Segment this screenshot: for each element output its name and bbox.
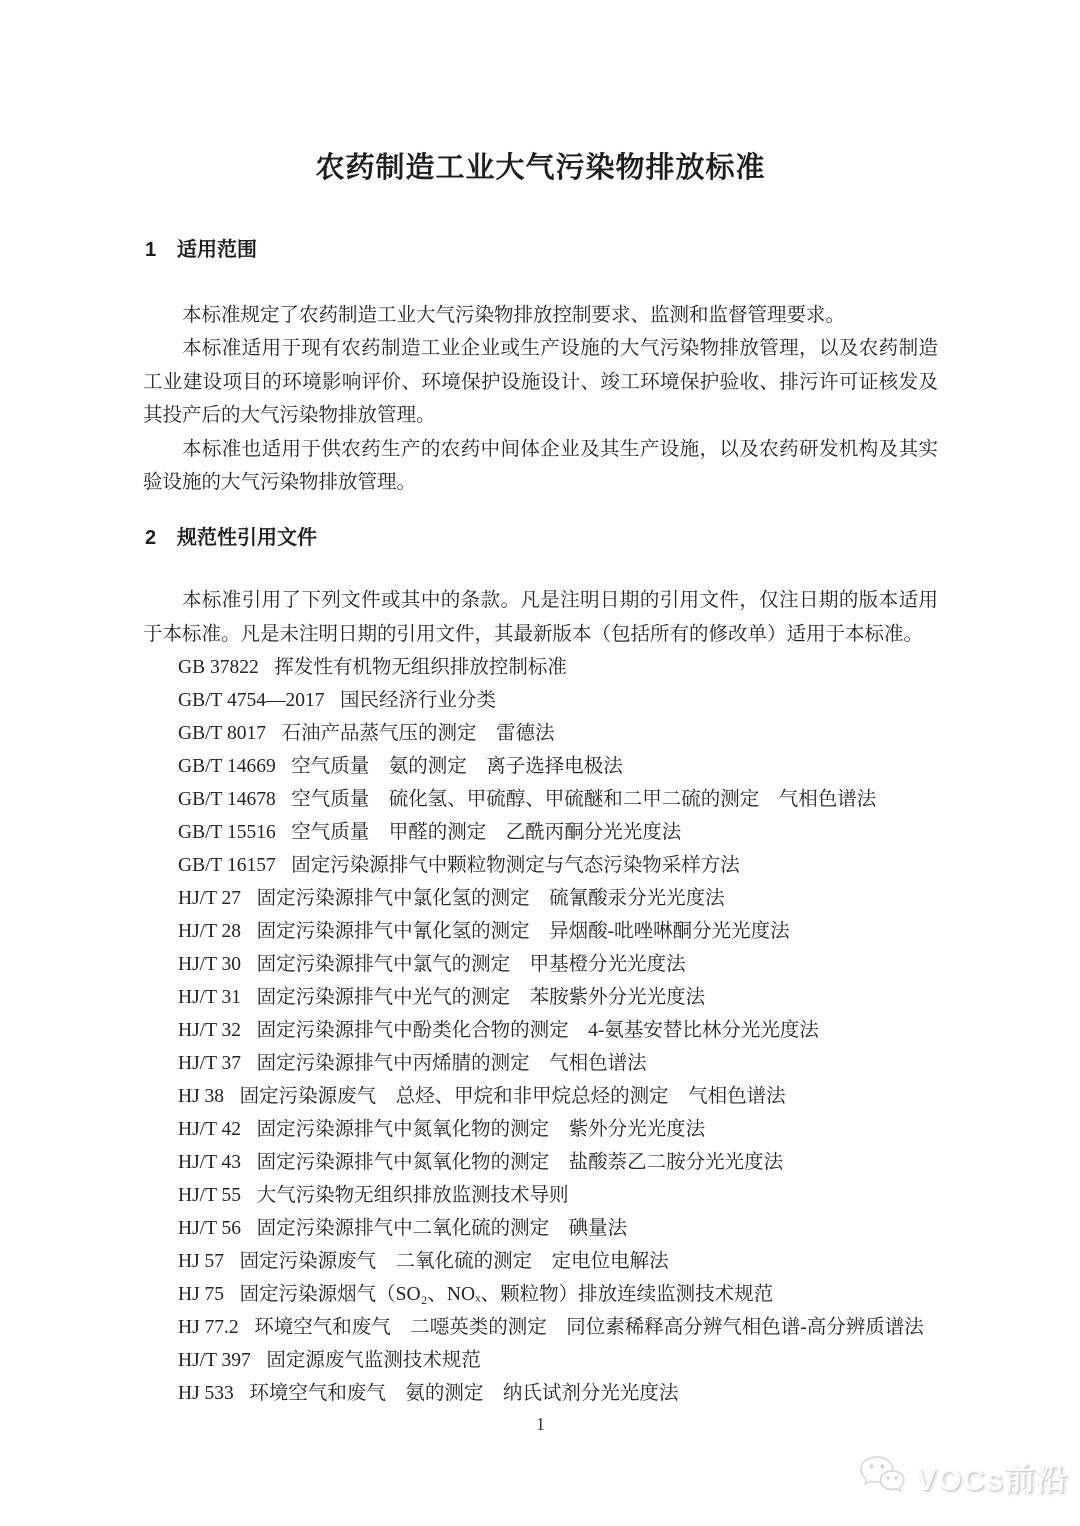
reference-title: 固定污染源排气中二氧化硫的测定 碘量法 [257, 1218, 628, 1239]
reference-title: 环境空气和废气 二噁英类的测定 同位素稀释高分辨气相色谱-高分辨质谱法 [254, 1317, 924, 1338]
reference-item: HJ/T 37固定污染源排气中丙烯腈的测定 气相色谱法 [178, 1047, 938, 1080]
section-1-title: 适用范围 [177, 239, 257, 261]
reference-code: GB/T 14669 [178, 750, 276, 783]
reference-item: HJ/T 27固定污染源排气中氯化氢的测定 硫氰酸汞分光光度法 [178, 882, 938, 915]
reference-item: HJ/T 43固定污染源排气中氮氧化物的测定 盐酸萘乙二胺分光光度法 [178, 1146, 938, 1179]
section-2-heading: 2规范性引用文件 [143, 525, 938, 551]
reference-code: GB/T 15516 [178, 816, 276, 849]
reference-title: 固定污染源排气中氰化氢的测定 异烟酸-吡唑啉酮分光光度法 [257, 921, 790, 942]
reference-code: GB/T 4754—2017 [178, 684, 324, 717]
reference-code: HJ/T 42 [178, 1113, 241, 1146]
reference-item: HJ/T 31固定污染源排气中光气的测定 苯胺紫外分光光度法 [178, 981, 938, 1014]
reference-code: HJ/T 56 [178, 1212, 241, 1245]
wechat-icon [856, 1453, 908, 1499]
reference-code: HJ/T 32 [178, 1014, 241, 1047]
reference-title: 空气质量 甲醛的测定 乙酰丙酮分光光度法 [291, 822, 681, 843]
reference-title: 国民经济行业分类 [340, 690, 496, 711]
section-2-title: 规范性引用文件 [177, 527, 317, 549]
reference-item: HJ/T 28固定污染源排气中氰化氢的测定 异烟酸-吡唑啉酮分光光度法 [178, 915, 938, 948]
reference-item: HJ/T 56固定污染源排气中二氧化硫的测定 碘量法 [178, 1212, 938, 1245]
reference-item: HJ 77.2环境空气和废气 二噁英类的测定 同位素稀释高分辨气相色谱-高分辨质… [178, 1311, 938, 1344]
reference-title: 大气污染物无组织排放监测技术导则 [257, 1185, 569, 1206]
reference-item: GB 37822挥发性有机物无组织排放控制标准 [178, 651, 938, 684]
reference-title: 挥发性有机物无组织排放控制标准 [274, 657, 567, 678]
document-title: 农药制造工业大气污染物排放标准 [143, 0, 938, 186]
references-intro: 本标准引用了下列文件或其中的条款。凡是注明日期的引用文件，仅注日期的版本适用于本… [143, 584, 938, 651]
reference-code: HJ 75 [178, 1278, 224, 1311]
reference-code: HJ 38 [178, 1080, 224, 1113]
page-number: 1 [143, 1412, 938, 1436]
reference-title: 固定污染源排气中丙烯腈的测定 气相色谱法 [257, 1053, 647, 1074]
reference-code: GB/T 8017 [178, 717, 266, 750]
reference-code: HJ/T 27 [178, 882, 241, 915]
reference-title: 固定污染源排气中氯化氢的测定 硫氰酸汞分光光度法 [257, 888, 725, 909]
reference-code: HJ 57 [178, 1245, 224, 1278]
reference-title: 固定污染源排气中氯气的测定 甲基橙分光光度法 [257, 954, 686, 975]
reference-title: 固定污染源废气 二氧化硫的测定 定电位电解法 [240, 1251, 669, 1272]
reference-title: 环境空气和废气 氨的测定 纳氏试剂分光光度法 [249, 1383, 678, 1404]
reference-item: HJ 57固定污染源废气 二氧化硫的测定 定电位电解法 [178, 1245, 938, 1278]
reference-code: HJ 533 [178, 1377, 234, 1410]
section-1-number: 1 [145, 237, 159, 263]
reference-item: HJ/T 397固定源废气监测技术规范 [178, 1344, 938, 1377]
document-page: 农药制造工业大气污染物排放标准 1适用范围 本标准规定了农药制造工业大气污染物排… [0, 0, 1080, 1526]
reference-item: HJ/T 42固定污染源排气中氮氧化物的测定 紫外分光光度法 [178, 1113, 938, 1146]
reference-list: GB 37822挥发性有机物无组织排放控制标准 GB/T 4754—2017国民… [143, 651, 938, 1410]
scope-paragraph: 本标准适用于现有农药制造工业企业或生产设施的大气污染物排放管理，以及农药制造工业… [143, 332, 938, 432]
reference-item: GB/T 14669空气质量 氨的测定 离子选择电极法 [178, 750, 938, 783]
reference-title: 固定污染源废气 总烃、甲烷和非甲烷总烃的测定 气相色谱法 [240, 1086, 786, 1107]
reference-title: 固定污染源排气中氮氧化物的测定 盐酸萘乙二胺分光光度法 [257, 1152, 784, 1173]
reference-item: HJ/T 30固定污染源排气中氯气的测定 甲基橙分光光度法 [178, 948, 938, 981]
reference-item: GB/T 8017石油产品蒸气压的测定 雷德法 [178, 717, 938, 750]
reference-title: 空气质量 硫化氢、甲硫醇、甲硫醚和二甲二硫的测定 气相色谱法 [291, 789, 876, 810]
watermark-label: VOCs前沿 [916, 1454, 1068, 1499]
reference-code: GB/T 16157 [178, 849, 276, 882]
reference-title: 固定源废气监测技术规范 [266, 1350, 481, 1371]
reference-code: HJ/T 30 [178, 948, 241, 981]
reference-code: HJ/T 397 [178, 1344, 251, 1377]
section-normative-references: 2规范性引用文件 本标准引用了下列文件或其中的条款。凡是注明日期的引用文件，仅注… [143, 525, 938, 1410]
reference-code: HJ/T 55 [178, 1179, 241, 1212]
scope-paragraph: 本标准也适用于供农药生产的农药中间体企业及其生产设施，以及农药研发机构及其实验设… [143, 433, 938, 500]
section-1-heading: 1适用范围 [143, 237, 938, 263]
reference-item: HJ/T 55大气污染物无组织排放监测技术导则 [178, 1179, 938, 1212]
reference-item: GB/T 14678空气质量 硫化氢、甲硫醇、甲硫醚和二甲二硫的测定 气相色谱法 [178, 783, 938, 816]
reference-code: GB/T 14678 [178, 783, 276, 816]
reference-code: GB 37822 [178, 651, 259, 684]
reference-item: HJ/T 32固定污染源排气中酚类化合物的测定 4-氨基安替比林分光光度法 [178, 1014, 938, 1047]
reference-item: GB/T 15516空气质量 甲醛的测定 乙酰丙酮分光光度法 [178, 816, 938, 849]
reference-code: HJ/T 43 [178, 1146, 241, 1179]
reference-title: 固定污染源排气中酚类化合物的测定 4-氨基安替比林分光光度法 [257, 1020, 819, 1041]
reference-title: 空气质量 氨的测定 离子选择电极法 [291, 756, 623, 777]
scope-paragraph: 本标准规定了农药制造工业大气污染物排放控制要求、监测和监督管理要求。 [143, 299, 938, 332]
reference-code: HJ/T 37 [178, 1047, 241, 1080]
reference-code: HJ/T 28 [178, 915, 241, 948]
page-content: 农药制造工业大气污染物排放标准 1适用范围 本标准规定了农药制造工业大气污染物排… [0, 0, 1080, 1436]
reference-title: 固定污染源排气中颗粒物测定与气态污染物采样方法 [291, 855, 740, 876]
reference-title: 固定污染源排气中光气的测定 苯胺紫外分光光度法 [257, 987, 706, 1008]
reference-code: HJ 77.2 [178, 1311, 239, 1344]
reference-item: HJ 533环境空气和废气 氨的测定 纳氏试剂分光光度法 [178, 1377, 938, 1410]
reference-code: HJ/T 31 [178, 981, 241, 1014]
brand-watermark: VOCs前沿 [856, 1448, 1068, 1504]
section-scope: 1适用范围 本标准规定了农药制造工业大气污染物排放控制要求、监测和监督管理要求。… [143, 237, 938, 499]
reference-item: GB/T 4754—2017国民经济行业分类 [178, 684, 938, 717]
reference-item: HJ 75固定污染源烟气（SO₂、NOₓ、颗粒物）排放连续监测技术规范 [178, 1278, 938, 1311]
reference-title: 固定污染源烟气（SO₂、NOₓ、颗粒物）排放连续监测技术规范 [240, 1284, 774, 1305]
reference-item: GB/T 16157固定污染源排气中颗粒物测定与气态污染物采样方法 [178, 849, 938, 882]
reference-title: 石油产品蒸气压的测定 雷德法 [282, 723, 555, 744]
reference-item: HJ 38固定污染源废气 总烃、甲烷和非甲烷总烃的测定 气相色谱法 [178, 1080, 938, 1113]
section-2-number: 2 [145, 525, 159, 551]
reference-title: 固定污染源排气中氮氧化物的测定 紫外分光光度法 [257, 1119, 706, 1140]
